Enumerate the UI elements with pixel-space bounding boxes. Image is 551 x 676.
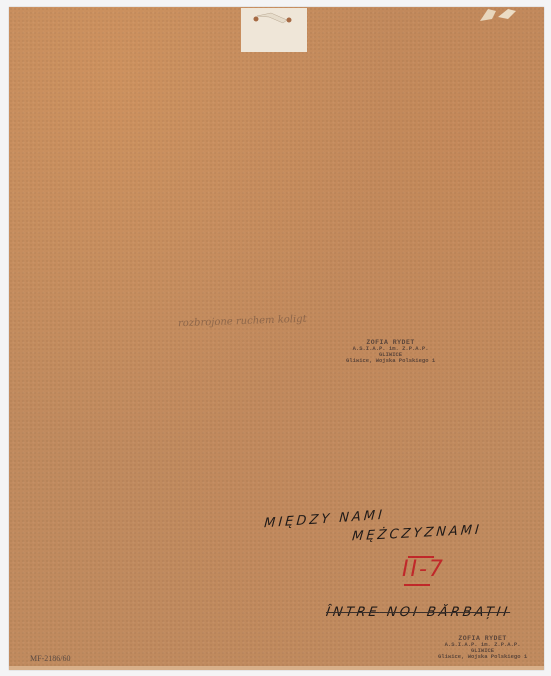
worn-bottom-edge [9,666,544,670]
underline [404,584,430,586]
hinge-tape-icon [253,11,293,25]
artist-stamp: ZOFIA RYDET A.S.I.A.P. im. Z.P.A.P. GLIW… [346,340,435,364]
artist-stamp-bottom: ZOFIA RYDET A.S.I.A.P. im. Z.P.A.P. GLIW… [438,636,527,660]
torn-corner-icon [478,7,518,23]
inventory-mark: II-7 [402,557,445,582]
cardboard-back [9,7,544,670]
catalog-number: MF-2186/60 [30,654,70,663]
paper-label [241,8,307,52]
title-romanian: ÎNTRE NOI BĂRBAȚII [325,605,511,620]
overline [408,556,434,558]
